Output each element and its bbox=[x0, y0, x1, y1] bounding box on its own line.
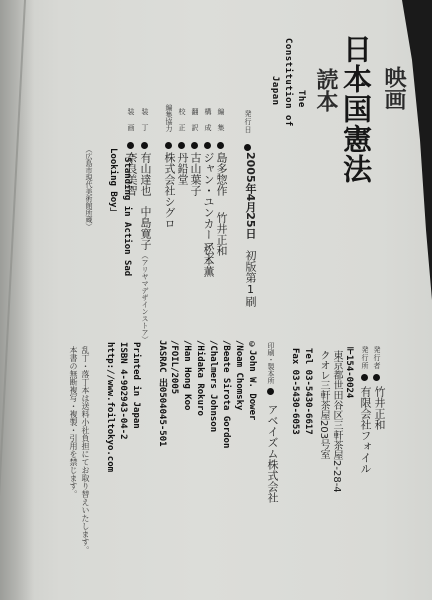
credit-design-3: （アリヤマデザインストア） bbox=[140, 252, 150, 343]
issuer-name: 竹井正和 bbox=[371, 386, 387, 430]
edition: 初版第1刷 bbox=[242, 250, 258, 307]
bullet-icon bbox=[361, 374, 368, 381]
bullet-icon bbox=[244, 144, 251, 151]
notice-line-2: 本書の無断複写・複製・引用を禁じます。 bbox=[68, 346, 79, 498]
credit-label-composition: 構 成 bbox=[203, 108, 213, 132]
notice-line-1: 乱丁・落丁本は送料小社負担にてお取り替えいたします。 bbox=[80, 346, 91, 554]
printed-in-japan: Printed in Japan bbox=[131, 342, 141, 429]
title-english-1: The bbox=[296, 90, 306, 108]
credit-cooperation: 株式会社シグロ bbox=[161, 152, 177, 229]
credit-label-translation: 翻 訳 bbox=[190, 108, 200, 132]
credit-label-design: 装 丁 bbox=[140, 108, 150, 132]
bullet-icon bbox=[204, 142, 211, 149]
title-prefix: 映画 bbox=[378, 66, 409, 110]
copyright-line-7: /FOIL/2005 bbox=[169, 340, 179, 394]
bullet-icon bbox=[267, 388, 274, 395]
publishing-house-label: 発行所 bbox=[360, 346, 370, 370]
book-gutter bbox=[0, 0, 34, 600]
copyright-line-2: /Noam Chomsky bbox=[234, 340, 244, 410]
bullet-icon bbox=[141, 142, 148, 149]
credit-design-1: 有山達也 bbox=[137, 152, 153, 196]
credit-label-illustration: 装 画 bbox=[126, 108, 136, 132]
address-line-2: クオレ三軒茶屋203号室 bbox=[316, 350, 331, 459]
credit-composition-2: 松本薫 bbox=[200, 244, 216, 277]
cover-art-title: 「Standing in Action Sad Looking Boy」 bbox=[108, 148, 134, 308]
address-line-1: 東京都世田谷区三軒茶屋2-28-4 bbox=[329, 350, 344, 493]
website-url: http://www.foiltokyo.com bbox=[105, 342, 115, 472]
title-suffix: 読本 bbox=[310, 68, 341, 112]
bullet-icon bbox=[217, 142, 224, 149]
publication-date-label: 発行日 bbox=[243, 110, 253, 134]
copyright-line-5: /Hidaka Rokuro bbox=[195, 340, 205, 416]
copyright-line-6: /Han Hong Koo bbox=[182, 340, 192, 410]
colophon-page: 映画 日本国憲法 読本 The Constitution of Japan 発行… bbox=[0, 0, 432, 600]
jasrac-number: JASRAC 出0504045-501 bbox=[156, 340, 169, 447]
cover-art-note: （広島市現代美術館所蔵） bbox=[84, 146, 94, 230]
title-english-2: Constitution of bbox=[283, 38, 293, 127]
credit-design-2: 中島寛子 bbox=[137, 206, 153, 250]
publication-date: 2005年4月25日 bbox=[242, 152, 258, 239]
printer-label: 印刷・製本所 bbox=[266, 342, 276, 384]
bullet-icon bbox=[165, 142, 172, 149]
bullet-icon bbox=[191, 142, 198, 149]
title-english-3: Japan bbox=[270, 76, 280, 106]
credit-label-cooperation: 編集協力 bbox=[164, 104, 174, 132]
publishing-house: 有限会社フォイル bbox=[357, 386, 373, 474]
printer-name: アベイズム株式会社 bbox=[264, 404, 280, 503]
copyright-line-1: ©John W. Dower bbox=[247, 340, 257, 420]
bullet-icon bbox=[178, 142, 185, 149]
fax: Fax 03-5430-6053 bbox=[290, 348, 300, 435]
isbn: ISBN 4-902943-04-2 bbox=[118, 342, 128, 440]
postal-code: 〒154-0024 bbox=[343, 346, 356, 398]
credit-label-proofreading: 校 正 bbox=[177, 108, 187, 132]
copyright-line-4: /Chalmers Johnson bbox=[208, 340, 218, 432]
issuer-label: 発行者 bbox=[372, 346, 382, 370]
telephone: Tel 03-5430-6617 bbox=[303, 348, 313, 435]
bullet-icon bbox=[373, 374, 380, 381]
credit-label-editor: 編 集 bbox=[216, 108, 226, 132]
copyright-line-3: /Beate Sirota Gordon bbox=[221, 340, 231, 448]
title-main: 日本国憲法 bbox=[336, 34, 377, 184]
